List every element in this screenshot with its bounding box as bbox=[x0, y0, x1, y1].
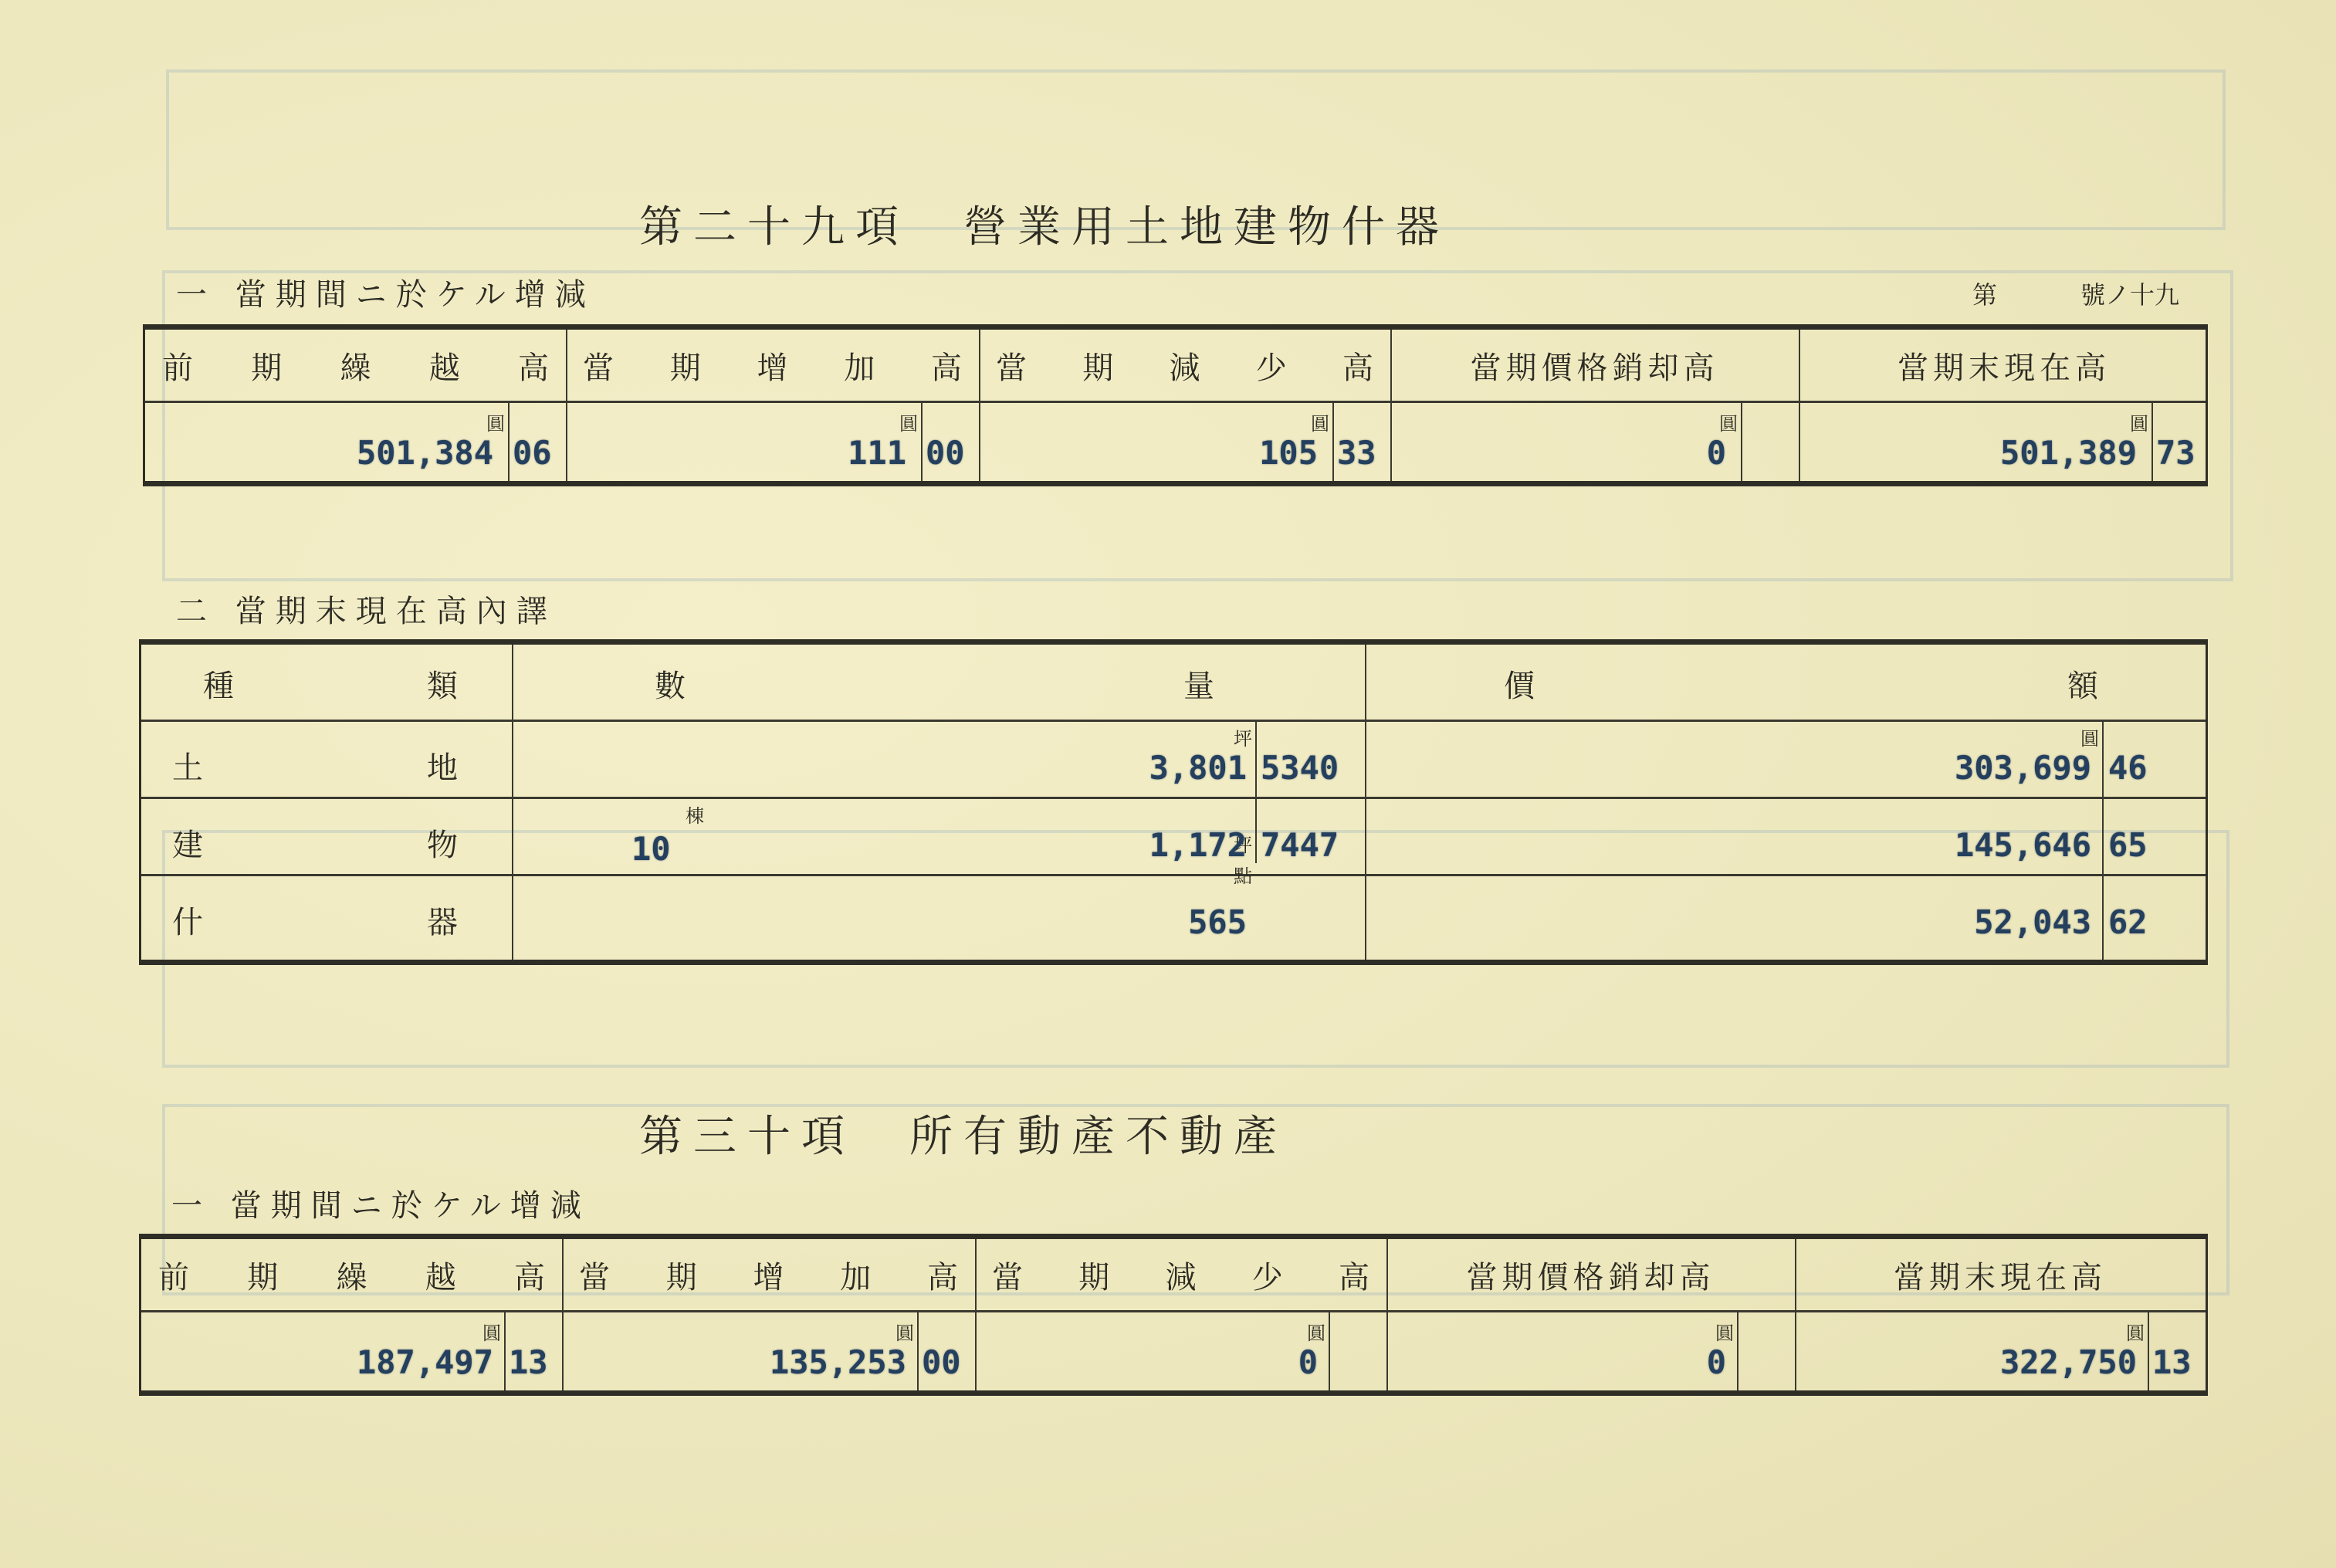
quantity-fraction: 7447 bbox=[1261, 826, 1339, 864]
amount-yen: 0 bbox=[1707, 1343, 1726, 1381]
amount-sen: 13 bbox=[509, 1343, 548, 1381]
row-kind-char: 器 bbox=[427, 898, 458, 942]
yen-unit-label: 圓 bbox=[1311, 408, 1329, 435]
quantity-integer: 1,172 bbox=[1149, 826, 1247, 864]
section30-part1-heading: 一 當期間ニ於ケル增減 bbox=[171, 1181, 591, 1225]
amount-yen: 105 bbox=[1259, 434, 1318, 472]
value-sen: 46 bbox=[2108, 749, 2148, 787]
yen-unit-label: 圓 bbox=[1307, 1318, 1325, 1345]
header-qty-1: 數 bbox=[655, 662, 686, 706]
section29-breakdown-table: 種 類 數 量 價 額 土地坪3,8015340圓303,69946建物棟10坪… bbox=[139, 639, 2208, 965]
section29-part2-heading: 二 當期末現在高內譯 bbox=[176, 587, 557, 631]
count-unit-label: 棟 bbox=[686, 801, 704, 828]
yen-unit-label: 圓 bbox=[2080, 723, 2099, 750]
header-kind-1: 種 bbox=[203, 662, 234, 706]
value-yen: 145,646 bbox=[1955, 826, 2091, 864]
section29-change-table: 前期繰越高圓501,38406當期增加高圓11100當期減少高圓10533當期價… bbox=[143, 324, 2208, 486]
yen-unit-label: 圓 bbox=[1719, 408, 1738, 435]
column-header: 當期增加高 bbox=[562, 1253, 975, 1297]
yen-unit-label: 圓 bbox=[2126, 1318, 2145, 1345]
amount-sen: 06 bbox=[513, 434, 552, 472]
amount-sen: 00 bbox=[926, 434, 965, 472]
column-header: 當期末現在高 bbox=[1799, 344, 2209, 388]
row-kind-char: 土 bbox=[172, 743, 203, 787]
building-count: 10 bbox=[631, 830, 671, 868]
quantity-integer: 565 bbox=[1188, 903, 1247, 941]
yen-unit-label: 圓 bbox=[899, 408, 918, 435]
amount-yen: 501,384 bbox=[357, 434, 493, 472]
column-header: 當期增加高 bbox=[566, 344, 979, 388]
header-val-2: 額 bbox=[2067, 662, 2098, 706]
section29-title: 第二十九項 營業用土地建物什器 bbox=[639, 193, 1450, 255]
amount-yen: 187,497 bbox=[357, 1343, 493, 1381]
quantity-fraction: 5340 bbox=[1261, 749, 1339, 787]
header-kind-2: 類 bbox=[427, 662, 458, 706]
row-kind-char: 什 bbox=[172, 898, 203, 942]
amount-sen: 00 bbox=[922, 1343, 961, 1381]
quantity-unit-label: 坪 bbox=[1234, 723, 1252, 750]
column-header: 當期減少高 bbox=[975, 1253, 1386, 1297]
section29-part1-heading: 一 當期間ニ於ケル增減 bbox=[176, 270, 595, 314]
yen-unit-label: 圓 bbox=[486, 408, 505, 435]
amount-sen: 13 bbox=[2152, 1343, 2192, 1381]
amount-yen: 111 bbox=[848, 434, 906, 472]
section30-title: 第三十項 所有動產不動產 bbox=[639, 1102, 1288, 1164]
row-kind-char: 地 bbox=[427, 743, 458, 787]
column-header: 當期減少高 bbox=[979, 344, 1390, 388]
amount-yen: 322,750 bbox=[2000, 1343, 2137, 1381]
value-sen: 65 bbox=[2108, 826, 2148, 864]
yen-unit-label: 圓 bbox=[895, 1318, 914, 1345]
column-header: 當期末現在高 bbox=[1795, 1253, 2206, 1297]
quantity-unit-label: 點 bbox=[1234, 861, 1252, 888]
amount-yen: 0 bbox=[1298, 1343, 1318, 1381]
form-number-prefix: 第 bbox=[1972, 276, 1997, 311]
yen-unit-label: 圓 bbox=[1715, 1318, 1734, 1345]
header-qty-2: 量 bbox=[1183, 662, 1214, 706]
yen-unit-label: 圓 bbox=[2130, 408, 2148, 435]
section30-change-table: 前期繰越高圓187,49713當期增加高圓135,25300當期減少高圓0當期價… bbox=[139, 1234, 2208, 1396]
form-number-suffix: 號ノ十九 bbox=[2080, 276, 2179, 311]
yen-unit-label: 圓 bbox=[482, 1318, 501, 1345]
amount-yen: 135,253 bbox=[770, 1343, 906, 1381]
column-header: 當期價格銷却高 bbox=[1386, 1253, 1795, 1297]
row-kind-char: 建 bbox=[172, 821, 203, 865]
value-yen: 52,043 bbox=[1974, 903, 2091, 941]
amount-yen: 0 bbox=[1707, 434, 1726, 472]
column-header: 前期繰越高 bbox=[145, 344, 566, 388]
quantity-integer: 3,801 bbox=[1149, 749, 1247, 787]
amount-sen: 73 bbox=[2156, 434, 2196, 472]
row-kind-char: 物 bbox=[427, 821, 458, 865]
column-header: 前期繰越高 bbox=[141, 1253, 562, 1297]
column-header: 當期價格銷却高 bbox=[1390, 344, 1799, 388]
value-yen: 303,699 bbox=[1955, 749, 2091, 787]
amount-sen: 33 bbox=[1337, 434, 1376, 472]
header-val-1: 價 bbox=[1504, 662, 1535, 706]
value-sen: 62 bbox=[2108, 903, 2148, 941]
amount-yen: 501,389 bbox=[2000, 434, 2137, 472]
